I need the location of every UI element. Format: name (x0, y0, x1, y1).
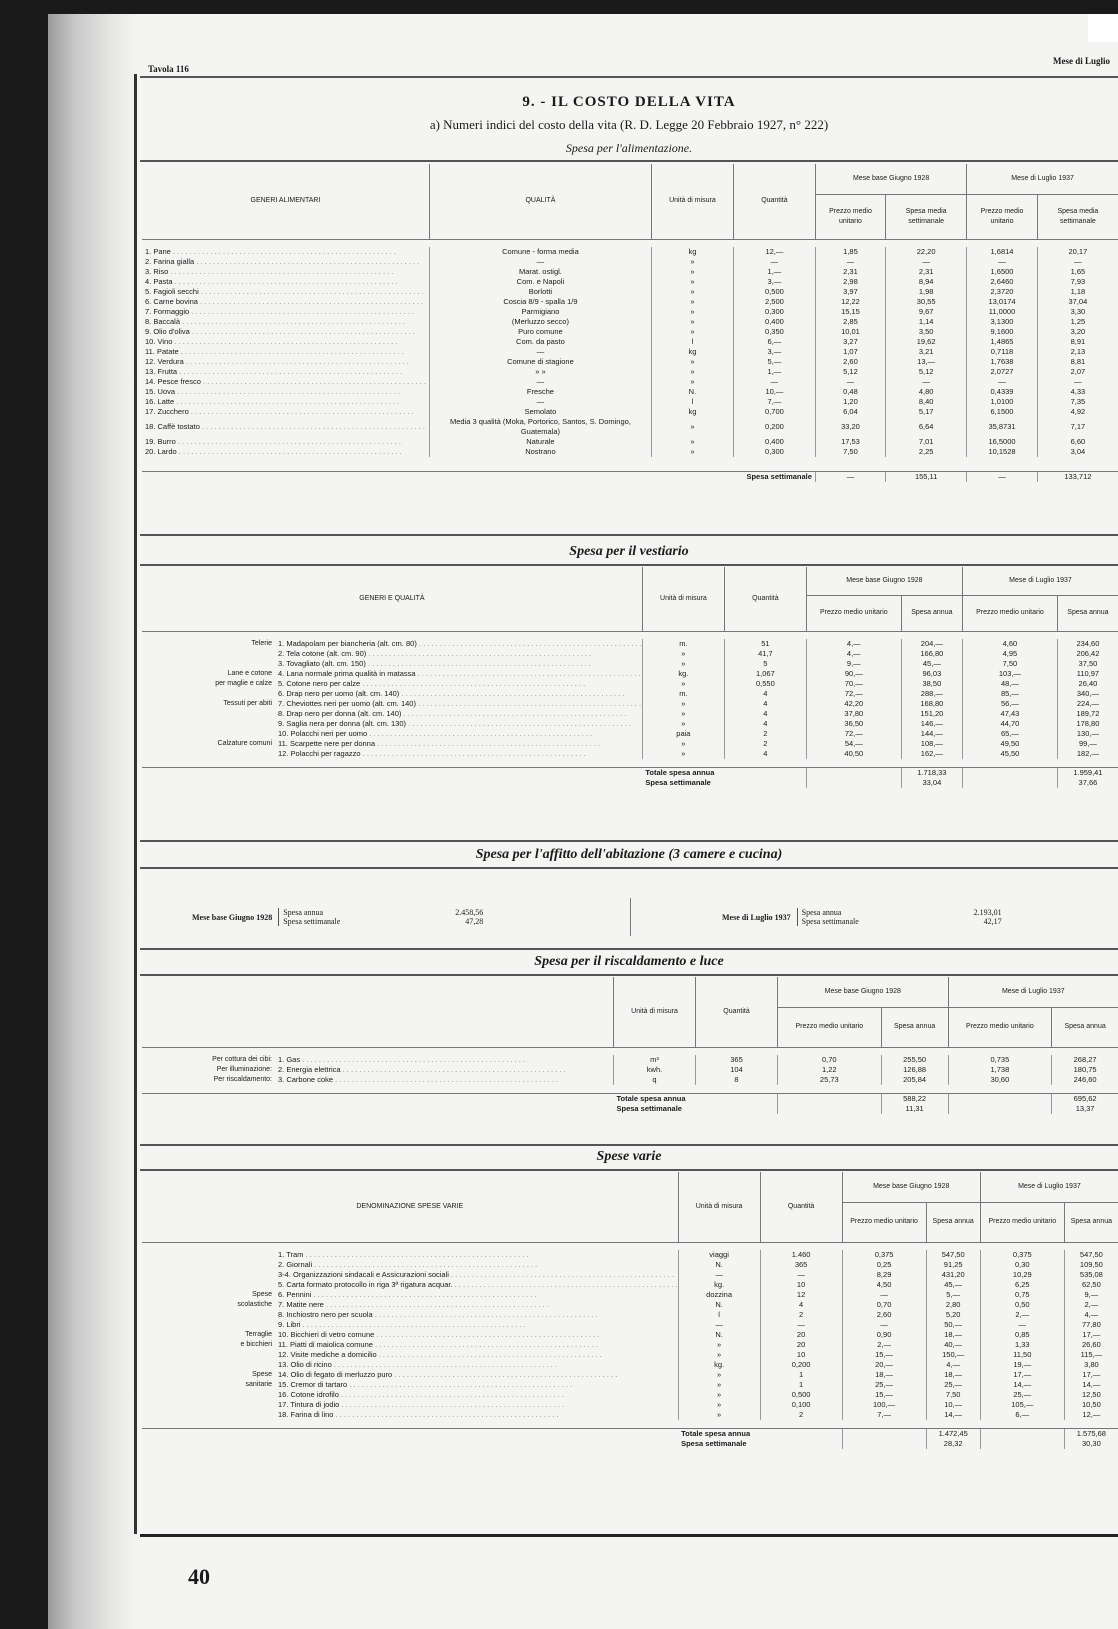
item-name: 6. Carne bovina (142, 297, 429, 307)
spend-1937: 3,80 (1064, 1360, 1118, 1370)
item-name: 10. Bicchieri di vetro comune (278, 1330, 678, 1340)
price-1937: 65,— (963, 729, 1058, 739)
price-1937: 9,1600 (967, 327, 1038, 337)
item-quantity: 10 (760, 1350, 842, 1360)
section-rule (140, 1169, 1118, 1171)
group-label: Spese (142, 1290, 278, 1300)
col-prezzo-37: Prezzo medio unitario (963, 595, 1058, 631)
item-qualita: — (429, 257, 651, 267)
price-1937: 0,735 (948, 1055, 1052, 1065)
price-1928: 4,50 (842, 1280, 926, 1290)
table-row: 5. Carta formato protocollo in riga 3ª r… (142, 1280, 1118, 1290)
item-quantity: 4 (724, 689, 806, 699)
price-1928: 0,70 (778, 1055, 882, 1065)
table-row: 3. Tovagliato (alt. cm. 150)»59,—45,—7,5… (142, 659, 1118, 669)
item-quantity: 20 (760, 1340, 842, 1350)
item-name: 11. Scarpette nere per donna (278, 739, 642, 749)
item-quantity: 0,700 (733, 407, 815, 417)
group-label: Terraglie (142, 1330, 278, 1340)
price-1928: 3,97 (815, 287, 885, 297)
spend-1928: 166,80 (901, 649, 962, 659)
spend-1928: 1,98 (886, 287, 967, 297)
col-group-current: Mese di Luglio 1937 (980, 1172, 1118, 1202)
price-1928: 2,98 (815, 277, 885, 287)
col-unita: Unità di misura (642, 567, 724, 631)
item-quantity: 3,— (733, 347, 815, 357)
spend-1937: 3,04 (1037, 447, 1118, 457)
item-unit: N. (678, 1330, 760, 1340)
section-rule (140, 534, 1118, 536)
col-quantita: Quantità (696, 977, 778, 1047)
table-row: 10. VinoCom. da pastol6,—3,2719,621,4865… (142, 337, 1118, 347)
price-1937: 10,1528 (967, 447, 1038, 457)
table-row: 17. Tintura di jodio»0,100100,—10,—105,—… (142, 1400, 1118, 1410)
item-quantity: 20 (760, 1330, 842, 1340)
group-label: e bicchieri (142, 1340, 278, 1350)
item-qualita: Com. e Napoli (429, 277, 651, 287)
table-row: Calzature comuni11. Scarpette nere per d… (142, 739, 1118, 749)
item-quantity: 1.460 (760, 1250, 842, 1260)
total-weekly-row: Spesa settimanale 28,32 30,30 (142, 1439, 1118, 1449)
item-unit: » (642, 739, 724, 749)
item-qualita: Coscia 8/9 - spalla 1/9 (429, 297, 651, 307)
section-rule (140, 974, 1118, 976)
col-group-base: Mese base Giugno 1928 (806, 567, 962, 595)
total-price-1928: — (815, 471, 885, 482)
header-rule (140, 76, 1118, 78)
total-annual-row: Totale spesa annua 588,22 695,62 (142, 1093, 1118, 1104)
spend-1937: 62,50 (1064, 1280, 1118, 1290)
price-1928: 40,50 (806, 749, 901, 759)
spend-1937: 6,60 (1037, 437, 1118, 447)
item-unit: kwh. (614, 1065, 696, 1075)
food-table-body: 1. PaneComune - forma mediakg12,—1,8522,… (142, 239, 1118, 482)
item-quantity: 12,— (733, 247, 815, 257)
item-unit: l (651, 337, 733, 347)
spend-1937: 268,27 (1052, 1055, 1118, 1065)
table-row: 15. UovaFrescheN.10,—0,484,800,43394,33 (142, 387, 1118, 397)
price-1937: 11,50 (980, 1350, 1064, 1360)
item-unit: l (651, 397, 733, 407)
price-1928: 0,48 (815, 387, 885, 397)
spend-1937: 12,50 (1064, 1390, 1118, 1400)
price-1937: 1,33 (980, 1340, 1064, 1350)
spend-1928: 96,03 (901, 669, 962, 679)
item-unit: » (678, 1400, 760, 1410)
spend-1937: 180,75 (1052, 1065, 1118, 1075)
item-quantity: 41,7 (724, 649, 806, 659)
item-quantity: 0,350 (733, 327, 815, 337)
item-quantity: 0,200 (760, 1360, 842, 1370)
scanned-page: Tavola 116 Mese di Luglio 9. - IL COSTO … (48, 14, 1118, 1629)
group-label (142, 659, 278, 669)
spend-1928: 255,50 (881, 1055, 948, 1065)
col-group-base: Mese base Giugno 1928 (815, 164, 966, 194)
item-name: 2. Energia elettrica (278, 1065, 613, 1075)
price-1928: 72,— (806, 729, 901, 739)
rent-current-label: Mese di Luglio 1937 (722, 913, 791, 922)
item-quantity: 1 (760, 1380, 842, 1390)
spend-1937: 8,91 (1037, 337, 1118, 347)
item-unit: » (651, 267, 733, 277)
item-quantity: 0,400 (733, 317, 815, 327)
spend-1937: 37,04 (1037, 297, 1118, 307)
price-1928: 2,60 (842, 1310, 926, 1320)
item-name: 18. Farina di lino (278, 1410, 678, 1420)
item-unit: » (651, 307, 733, 317)
item-quantity: 0,300 (733, 307, 815, 317)
col-quantita: Quantità (733, 164, 815, 239)
group-label (142, 1250, 278, 1260)
price-1937: 0,30 (980, 1260, 1064, 1270)
col-generi-qualita: GENERI E QUALITÀ (142, 567, 642, 631)
rent-section: Mese base Giugno 1928 Spesa annua2.458,5… (142, 896, 1118, 938)
spend-1937: — (1037, 257, 1118, 267)
item-name: 5. Cotone nero per calze (278, 679, 642, 689)
section-title-varie: Spese varie (140, 1149, 1118, 1165)
spend-1928: 91,25 (926, 1260, 980, 1270)
table-row: 14. Pesce fresco—»————— (142, 377, 1118, 387)
item-name: 16. Latte (142, 397, 429, 407)
spend-1937: 246,60 (1052, 1075, 1118, 1085)
top-right-margin (1088, 14, 1118, 42)
item-name: 1. Tram (278, 1250, 678, 1260)
group-label (142, 1410, 278, 1420)
item-name: 1. Pane (142, 247, 429, 257)
clothing-table-body: Telerie1. Madapolam per biancheria (alt.… (142, 631, 1118, 788)
month-label: Mese di Luglio (1053, 56, 1110, 66)
item-quantity: 3,— (733, 277, 815, 287)
price-1928: 8,29 (842, 1270, 926, 1280)
rent-current: Mese di Luglio 1937 Spesa annua2.193,01 … (722, 896, 1002, 938)
group-label: Telerie (142, 639, 278, 649)
spend-1928: 126,88 (881, 1065, 948, 1075)
item-qualita: Puro comune (429, 327, 651, 337)
spend-1928: 8,94 (886, 277, 967, 287)
rent-current-weekly: 42,17 (984, 917, 1002, 926)
item-unit: » (642, 679, 724, 689)
spend-1928: 50,— (926, 1320, 980, 1330)
item-name: 17. Tintura di jodio (278, 1400, 678, 1410)
item-name: 1. Madapolam per biancheria (alt. cm. 80… (278, 639, 642, 649)
price-1937: — (980, 1320, 1064, 1330)
price-1937: 17,— (980, 1370, 1064, 1380)
price-1928: 1,85 (815, 247, 885, 257)
table-row: 1. Tramviaggi1.4600,375547,500,375547,50 (142, 1250, 1118, 1260)
section-rule (140, 948, 1118, 950)
table-row: 12. VerduraComune di stagione»5,—2,6013,… (142, 357, 1118, 367)
item-name: 14. Olio di fegato di merluzzo puro (278, 1370, 678, 1380)
item-unit: m. (642, 689, 724, 699)
price-1928: 4,— (806, 639, 901, 649)
spend-1937: 234,60 (1057, 639, 1118, 649)
col-unita: Unità di misura (651, 164, 733, 239)
table-row: 8. Inchiostro nero per scuolal22,605,202… (142, 1310, 1118, 1320)
item-name: 5. Fagioli secchi (142, 287, 429, 297)
item-quantity: 2,500 (733, 297, 815, 307)
item-unit: N. (651, 387, 733, 397)
group-label: Tessuti per abiti (142, 699, 278, 709)
spend-1937: 182,— (1057, 749, 1118, 759)
price-1937: 35,8731 (967, 417, 1038, 437)
price-1928: 10,01 (815, 327, 885, 337)
spend-1928: 288,— (901, 689, 962, 699)
table-row: sanitarie15. Cremor di tartaro»125,—25,—… (142, 1380, 1118, 1390)
total-annual-1928: 588,22 (881, 1093, 948, 1104)
item-quantity: 0,500 (733, 287, 815, 297)
heating-table: Unità di misura Quantità Mese base Giugn… (142, 977, 1118, 1114)
item-quantity: 2 (724, 729, 806, 739)
group-label (142, 1390, 278, 1400)
spend-1937: 4,— (1064, 1310, 1118, 1320)
item-name: 6. Pennini (278, 1290, 678, 1300)
table-row: 2. Tela cotone (alt. cm. 90)»41,74,—166,… (142, 649, 1118, 659)
table-row: 3-4. Organizzazioni sindacali e Assicura… (142, 1270, 1118, 1280)
spend-1928: 2,31 (886, 267, 967, 277)
spend-1928: 5,20 (926, 1310, 980, 1320)
section-title-alimentazione: Spesa per l'alimentazione. (140, 141, 1118, 156)
item-name: 15. Cremor di tartaro (278, 1380, 678, 1390)
table-row: 5. Fagioli secchiBorlotti»0,5003,971,982… (142, 287, 1118, 297)
item-unit: » (678, 1410, 760, 1420)
item-name: 9. Libri (278, 1320, 678, 1330)
price-1937: 10,29 (980, 1270, 1064, 1280)
price-1937: 2,0727 (967, 367, 1038, 377)
item-name: 18. Caffè tostato (142, 417, 429, 437)
spend-1937: 17,— (1064, 1370, 1118, 1380)
spend-1937: 7,35 (1037, 397, 1118, 407)
total-weekly-1928: 11,31 (881, 1104, 948, 1114)
spend-1937: 535,08 (1064, 1270, 1118, 1280)
item-qualita: Marat. ostigl. (429, 267, 651, 277)
item-name: 14. Pesce fresco (142, 377, 429, 387)
item-unit: » (651, 277, 733, 287)
item-unit: » (651, 447, 733, 457)
item-unit: » (678, 1390, 760, 1400)
total-row: Spesa settimanale — 155,11 — 133,712 (142, 471, 1118, 482)
page-subtitle: a) Numeri indici del costo della vita (R… (140, 117, 1118, 133)
group-label (142, 1320, 278, 1330)
table-row: Telerie1. Madapolam per biancheria (alt.… (142, 639, 1118, 649)
spend-1928: 3,21 (886, 347, 967, 357)
price-1937: 103,— (963, 669, 1058, 679)
spend-1928: 5,— (926, 1290, 980, 1300)
price-1928: — (815, 257, 885, 267)
price-1937: 2,3720 (967, 287, 1038, 297)
item-name: 11. Patate (142, 347, 429, 357)
col-spesa-28: Spesa annua (901, 595, 962, 631)
item-quantity: — (760, 1320, 842, 1330)
item-quantity: 4 (724, 719, 806, 729)
item-name: 13. Frutta (142, 367, 429, 377)
table-row: 4. PastaCom. e Napoli»3,—2,988,942,64607… (142, 277, 1118, 287)
rent-base-annual-label: Spesa annua (283, 908, 323, 917)
clothing-table: GENERI E QUALITÀ Unità di misura Quantit… (142, 567, 1118, 788)
total-annual-row: Totale spesa annua 1.718,33 1.959,41 (142, 767, 1118, 778)
spend-1928: 19,62 (886, 337, 967, 347)
spend-1937: 110,97 (1057, 669, 1118, 679)
item-unit: » (642, 649, 724, 659)
item-name: 10. Vino (142, 337, 429, 347)
item-quantity: — (733, 377, 815, 387)
item-unit: » (651, 357, 733, 367)
col-group-base: Mese base Giugno 1928 (778, 977, 949, 1007)
item-quantity: 4 (724, 699, 806, 709)
price-1928: 36,50 (806, 719, 901, 729)
price-1937: 14,— (980, 1380, 1064, 1390)
item-name: 16. Cotone idrofilo (278, 1390, 678, 1400)
item-unit: » (651, 437, 733, 447)
spend-1937: — (1037, 377, 1118, 387)
price-1928: 72,— (806, 689, 901, 699)
price-1928: 37,80 (806, 709, 901, 719)
spend-1937: 2,07 (1037, 367, 1118, 377)
item-quantity: 4 (760, 1300, 842, 1310)
group-label (142, 649, 278, 659)
item-unit: » (651, 317, 733, 327)
total-annual-1928: 1.472,45 (926, 1428, 980, 1439)
table-number: Tavola 116 (148, 64, 189, 74)
item-unit: N. (678, 1260, 760, 1270)
item-quantity: — (733, 257, 815, 267)
item-unit: paia (642, 729, 724, 739)
rent-current-annual: 2.193,01 (974, 908, 1002, 917)
item-name: 13. Olio di ricino (278, 1360, 678, 1370)
item-quantity: 1,— (733, 367, 815, 377)
price-1928: 42,20 (806, 699, 901, 709)
item-name: 10. Polacchi neri per uomo (278, 729, 642, 739)
price-1937: 25,— (980, 1390, 1064, 1400)
page-title: 9. - IL COSTO DELLA VITA (140, 94, 1118, 111)
spend-1937: 130,— (1057, 729, 1118, 739)
price-1937: 1,0100 (967, 397, 1038, 407)
price-1937: 3,1300 (967, 317, 1038, 327)
item-name: 8. Baccalà (142, 317, 429, 327)
item-quantity: 6,— (733, 337, 815, 347)
spend-1937: 26,60 (1064, 1340, 1118, 1350)
total-weekly-row: Spesa settimanale 11,31 13,37 (142, 1104, 1118, 1114)
section-rule (140, 867, 1118, 869)
col-quantita: Quantità (760, 1172, 842, 1242)
item-qualita: Com. da pasto (429, 337, 651, 347)
spend-1937: 3,30 (1037, 307, 1118, 317)
price-1928: — (842, 1320, 926, 1330)
price-1928: 12,22 (815, 297, 885, 307)
spend-1937: 17,— (1064, 1330, 1118, 1340)
spend-1928: 431,20 (926, 1270, 980, 1280)
spend-1937: 115,— (1064, 1350, 1118, 1360)
price-1928: 25,73 (778, 1075, 882, 1085)
item-quantity: 0,550 (724, 679, 806, 689)
price-1928: 3,27 (815, 337, 885, 347)
item-name: 8. Drap nero per donna (alt. cm. 140) (278, 709, 642, 719)
group-label: Per riscaldamento: (142, 1075, 278, 1085)
item-quantity: 2 (760, 1410, 842, 1420)
group-label (142, 689, 278, 699)
section-rule (140, 1144, 1118, 1146)
item-quantity: 4 (724, 749, 806, 759)
item-unit: » (651, 297, 733, 307)
total-weekly-label: Spesa settimanale (642, 778, 806, 788)
price-1928: 2,60 (815, 357, 885, 367)
item-unit: kg. (642, 669, 724, 679)
spend-1937: 77,80 (1064, 1320, 1118, 1330)
table-row: Per illuminazione:2. Energia elettricakw… (142, 1065, 1118, 1075)
price-1928: — (842, 1290, 926, 1300)
spend-1928: 146,— (901, 719, 962, 729)
group-label (142, 1400, 278, 1410)
total-weekly-1928: 33,04 (901, 778, 962, 788)
table-row: Per riscaldamento:3. Carbone cokeq825,73… (142, 1075, 1118, 1085)
spend-1937: 547,50 (1064, 1250, 1118, 1260)
price-1937: 0,4339 (967, 387, 1038, 397)
heating-table-body: Per cottura dei cibi:1. Gasm³3650,70255,… (142, 1047, 1118, 1114)
spend-1937: 1,18 (1037, 287, 1118, 297)
col-prezzo-28: Prezzo medio unitario (778, 1007, 882, 1047)
table-row: 18. Caffè tostatoMedia 3 qualità (Moka, … (142, 417, 1118, 437)
item-name: 17. Zucchero (142, 407, 429, 417)
spend-1937: 7,93 (1037, 277, 1118, 287)
table-row: 18. Farina di lino»27,—14,—6,—12,— (142, 1410, 1118, 1420)
item-quantity: 10 (760, 1280, 842, 1290)
price-1937: 44,70 (963, 719, 1058, 729)
item-name: 11. Piatti di maiolica comune (278, 1340, 678, 1350)
item-name: 3. Tovagliato (alt. cm. 150) (278, 659, 642, 669)
item-unit: dozzina (678, 1290, 760, 1300)
item-unit: kg (651, 247, 733, 257)
table-row: 19. BurroNaturale»0,40017,537,0116,50006… (142, 437, 1118, 447)
spend-1928: 13,— (886, 357, 967, 367)
item-name: 8. Inchiostro nero per scuola (278, 1310, 678, 1320)
item-unit: kg (651, 347, 733, 357)
rent-base-label: Mese base Giugno 1928 (192, 913, 272, 922)
price-1937: 85,— (963, 689, 1058, 699)
item-quantity: 8 (696, 1075, 778, 1085)
item-name: 1. Gas (278, 1055, 613, 1065)
item-quantity: 1 (760, 1370, 842, 1380)
item-name: 7. Formaggio (142, 307, 429, 317)
item-name: 4. Pasta (142, 277, 429, 287)
spend-1937: 206,42 (1057, 649, 1118, 659)
section-title-affitto: Spesa per l'affitto dell'abitazione (3 c… (140, 847, 1118, 863)
col-unita: Unità di misura (614, 977, 696, 1047)
table-row: Spese14. Olio di fegato di merluzzo puro… (142, 1370, 1118, 1380)
spend-1928: 4,80 (886, 387, 967, 397)
price-1937: 6,1500 (967, 407, 1038, 417)
item-quantity: 0,100 (760, 1400, 842, 1410)
total-weekly-1937: 37,66 (1057, 778, 1118, 788)
group-label: per maglie e calze (142, 679, 278, 689)
price-1928: 25,— (842, 1380, 926, 1390)
rent-base-weekly: 47,28 (465, 917, 483, 926)
price-1937: 13,0174 (967, 297, 1038, 307)
item-unit: » (651, 257, 733, 267)
price-1928: 5,12 (815, 367, 885, 377)
item-name: 2. Tela cotone (alt. cm. 90) (278, 649, 642, 659)
spend-1928: 205,84 (881, 1075, 948, 1085)
item-unit: » (642, 709, 724, 719)
spend-1928: 14,— (926, 1410, 980, 1420)
table-row: Per cottura dei cibi:1. Gasm³3650,70255,… (142, 1055, 1118, 1065)
price-1937: 1,7638 (967, 357, 1038, 367)
col-group-base: Mese base Giugno 1928 (842, 1172, 980, 1202)
col-blank (142, 977, 614, 1047)
item-unit: » (678, 1340, 760, 1350)
table-row: scolastiche7. Matite nereN.40,702,800,50… (142, 1300, 1118, 1310)
item-quantity: 104 (696, 1065, 778, 1075)
spend-1937: 9,— (1064, 1290, 1118, 1300)
item-unit: » (651, 417, 733, 437)
